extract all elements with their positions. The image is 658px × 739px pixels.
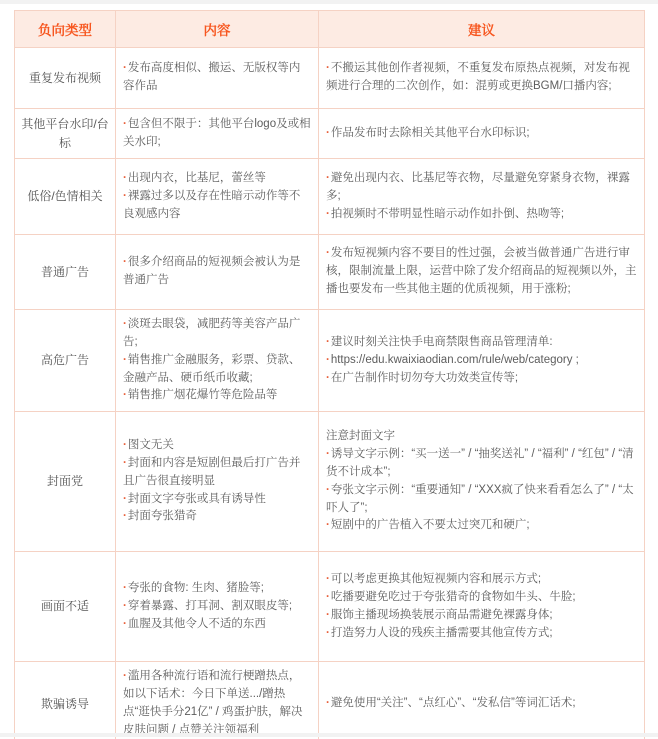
- content-cell: ·夸张的食物: 生肉、猪脸等;·穿着暴露、打耳洞、割双眼皮等;·血腥及其他令人不…: [116, 552, 319, 662]
- suggestion-cell: ·发布短视频内容不要目的性过强，会被当做普通广告进行审核，限制流量上限，运营中除…: [319, 235, 645, 310]
- bullet-dot-icon: ·: [123, 172, 127, 184]
- item-text: 拍视频时不带明显性暗示动作如扑倒、热吻等;: [331, 208, 564, 220]
- header-content: 内容: [116, 11, 319, 48]
- item-text: 诱导文字示例：“买一送一” / “抽奖送礼” / “福利” / “红包” / “…: [326, 448, 634, 478]
- bullet-dot-icon: ·: [123, 256, 127, 268]
- cell-line: ·销售推广金融服务，彩票、贷款、金融产品、硬币纸币收藏;: [123, 352, 311, 388]
- bullet-dot-icon: ·: [123, 389, 127, 401]
- negative-type-cell: 封面党: [15, 412, 116, 552]
- item-text: 可以考虑更换其他短视频内容和展示方式;: [331, 573, 541, 585]
- bullet-dot-icon: ·: [326, 247, 330, 259]
- header-row: 负向类型 内容 建议: [15, 11, 645, 48]
- table-body: 重复发布视频·发布高度相似、搬运、无版权等内容作品·不搬运其他创作者视频，不重复…: [15, 48, 645, 739]
- item-text: 建议时刻关注快手电商禁限售商品管理清单:: [331, 336, 553, 348]
- bullet-dot-icon: ·: [326, 336, 330, 348]
- negative-type-cell: 高危广告: [15, 310, 116, 412]
- table-row: 普通广告·很多介绍商品的短视频会被认为是普通广告·发布短视频内容不要目的性过强，…: [15, 235, 645, 310]
- table-row: 其他平台水印/台标·包含但不限于：其他平台logo及或相关水印;·作品发布时去除…: [15, 109, 645, 159]
- cell-line: ·图文无关: [123, 437, 311, 455]
- item-text: 销售推广金融服务，彩票、贷款、金融产品、硬币纸币收藏;: [123, 354, 300, 384]
- cell-line: ·夸张的食物: 生肉、猪脸等;: [123, 580, 311, 598]
- negative-type-cell: 普通广告: [15, 235, 116, 310]
- table-row: 重复发布视频·发布高度相似、搬运、无版权等内容作品·不搬运其他创作者视频，不重复…: [15, 48, 645, 109]
- cell-line: ·建议时刻关注快手电商禁限售商品管理清单:: [326, 334, 637, 352]
- item-text: 短剧中的广告植入不要太过突兀和硬广;: [331, 519, 530, 531]
- cell-line: ·裸露过多以及存在性暗示动作等不良观感内容: [123, 188, 311, 224]
- suggestion-cell: ·可以考虑更换其他短视频内容和展示方式;·吃播要避免吃过于夸张猎奇的食物如牛头、…: [319, 552, 645, 662]
- suggestion-cell: ·不搬运其他创作者视频，不重复发布原热点视频，对发布视频进行合理的二次创作，如：…: [319, 48, 645, 109]
- bullet-dot-icon: ·: [326, 573, 330, 585]
- suggestion-cell: ·建议时刻关注快手电商禁限售商品管理清单:·https://edu.kwaixi…: [319, 310, 645, 412]
- item-text: 封面和内容是短剧但最后打广告并且广告很直接明显: [123, 457, 300, 487]
- content-cell: ·淡斑去眼袋，减肥药等美容产品广告;·销售推广金融服务，彩票、贷款、金融产品、硬…: [116, 310, 319, 412]
- item-text: 包含但不限于：其他平台logo及或相关水印;: [123, 118, 311, 148]
- moderation-guideline-table: 负向类型 内容 建议 重复发布视频·发布高度相似、搬运、无版权等内容作品·不搬运…: [14, 10, 645, 739]
- bullet-dot-icon: ·: [326, 697, 330, 709]
- item-text: 滥用各种流行语和流行梗蹭热点，如以下话术：今日下单送.../蹭热点“逛快手分21…: [123, 670, 303, 735]
- content-cell: ·图文无关·封面和内容是短剧但最后打广告并且广告很直接明显·封面文字夸张或具有诱…: [116, 412, 319, 552]
- item-text: 避免出现内衣、比基尼等衣物，尽量避免穿紧身衣物，裸露多;: [326, 172, 630, 202]
- item-text: 很多介绍商品的短视频会被认为是普通广告: [123, 256, 300, 286]
- cell-line: ·很多介绍商品的短视频会被认为是普通广告: [123, 254, 311, 290]
- cell-line: ·避免出现内衣、比基尼等衣物，尽量避免穿紧身衣物，裸露多;: [326, 170, 637, 206]
- item-text: 血腥及其他令人不适的东西: [128, 618, 266, 630]
- cell-line: ·诱导文字示例：“买一送一” / “抽奖送礼” / “福利” / “红包” / …: [326, 446, 637, 482]
- cell-line: ·短剧中的广告植入不要太过突兀和硬广;: [326, 517, 637, 535]
- bullet-dot-icon: ·: [326, 448, 330, 460]
- table-header: 负向类型 内容 建议: [15, 11, 645, 48]
- cell-line: ·夸张文字示例：“重要通知” / “XXX疯了快来看看怎么了” / “太吓人了”…: [326, 482, 637, 518]
- content-cell: ·出现内衣，比基尼，蕾丝等·裸露过多以及存在性暗示动作等不良观感内容: [116, 159, 319, 235]
- bullet-dot-icon: ·: [123, 600, 127, 612]
- cell-line: ·作品发布时去除相关其他平台水印标识;: [326, 125, 637, 143]
- cell-line: ·https://edu.kwaixiaodian.com/rule/web/c…: [326, 352, 637, 370]
- table-row: 欺骗诱导·滥用各种流行语和流行梗蹭热点，如以下话术：今日下单送.../蹭热点“逛…: [15, 662, 645, 739]
- item-text: 发布高度相似、搬运、无版权等内容作品: [123, 62, 300, 92]
- cell-line: ·发布短视频内容不要目的性过强，会被当做普通广告进行审核，限制流量上限，运营中除…: [326, 245, 637, 298]
- item-text: 发布短视频内容不要目的性过强，会被当做普通广告进行审核，限制流量上限，运营中除了…: [326, 247, 637, 295]
- cell-line: 注意封面文字: [326, 428, 637, 446]
- cell-line: ·封面和内容是短剧但最后打广告并且广告很直接明显: [123, 455, 311, 491]
- negative-type-cell: 画面不适: [15, 552, 116, 662]
- cell-line: ·在广告制作时切勿夸大功效类宣传等;: [326, 370, 637, 388]
- cell-line: ·淡斑去眼袋，减肥药等美容产品广告;: [123, 316, 311, 352]
- item-text: 作品发布时去除相关其他平台水印标识;: [331, 127, 530, 139]
- table-row: 封面党·图文无关·封面和内容是短剧但最后打广告并且广告很直接明显·封面文字夸张或…: [15, 412, 645, 552]
- cell-line: ·穿着暴露、打耳洞、割双眼皮等;: [123, 598, 311, 616]
- content-cell: ·滥用各种流行语和流行梗蹭热点，如以下话术：今日下单送.../蹭热点“逛快手分2…: [116, 662, 319, 739]
- item-text: 销售推广烟花爆竹等危险品等: [128, 389, 278, 401]
- item-text: 在广告制作时切勿夸大功效类宣传等;: [331, 372, 518, 384]
- item-text: 打造努力人设的残疾主播需要其他宣传方式;: [331, 627, 553, 639]
- negative-type-cell: 其他平台水印/台标: [15, 109, 116, 159]
- bullet-dot-icon: ·: [326, 354, 330, 366]
- cell-line: ·包含但不限于：其他平台logo及或相关水印;: [123, 116, 311, 152]
- cell-line: ·出现内衣，比基尼，蕾丝等: [123, 170, 311, 188]
- header-negative-type: 负向类型: [15, 11, 116, 48]
- bullet-dot-icon: ·: [326, 627, 330, 639]
- suggestion-cell: ·避免出现内衣、比基尼等衣物，尽量避免穿紧身衣物，裸露多;·拍视频时不带明显性暗…: [319, 159, 645, 235]
- bullet-dot-icon: ·: [326, 127, 330, 139]
- item-text: 封面夸张猎奇: [128, 510, 197, 522]
- bullet-dot-icon: ·: [326, 519, 330, 531]
- page: 负向类型 内容 建议 重复发布视频·发布高度相似、搬运、无版权等内容作品·不搬运…: [0, 0, 658, 739]
- item-text: 穿着暴露、打耳洞、割双眼皮等;: [128, 600, 292, 612]
- item-text: 夸张文字示例：“重要通知” / “XXX疯了快来看看怎么了” / “太吓人了”;: [326, 484, 634, 514]
- bullet-dot-icon: ·: [326, 62, 330, 74]
- negative-type-cell: 欺骗诱导: [15, 662, 116, 739]
- cell-line: ·封面文字夸张或具有诱导性: [123, 491, 311, 509]
- suggestion-cell: 注意封面文字·诱导文字示例：“买一送一” / “抽奖送礼” / “福利” / “…: [319, 412, 645, 552]
- bullet-dot-icon: ·: [123, 439, 127, 451]
- item-text: 避免使用“关注”、“点红心”、“发私信”等词汇话术;: [331, 697, 576, 709]
- bullet-dot-icon: ·: [326, 484, 330, 496]
- item-text: 吃播要避免吃过于夸张猎奇的食物如牛头、牛脸;: [331, 591, 576, 603]
- bullet-dot-icon: ·: [123, 510, 127, 522]
- suggestion-cell: ·避免使用“关注”、“点红心”、“发私信”等词汇话术;: [319, 662, 645, 739]
- cell-line: ·血腥及其他令人不适的东西: [123, 616, 311, 634]
- content-cell: ·发布高度相似、搬运、无版权等内容作品: [116, 48, 319, 109]
- bottom-edge-band: [0, 733, 658, 737]
- cell-line: ·发布高度相似、搬运、无版权等内容作品: [123, 60, 311, 96]
- item-text: 不搬运其他创作者视频，不重复发布原热点视频，对发布视频进行合理的二次创作，如：混…: [326, 62, 630, 92]
- bullet-dot-icon: ·: [123, 318, 127, 330]
- bullet-dot-icon: ·: [123, 493, 127, 505]
- bullet-dot-icon: ·: [326, 609, 330, 621]
- negative-type-cell: 重复发布视频: [15, 48, 116, 109]
- negative-type-cell: 低俗/色情相关: [15, 159, 116, 235]
- cell-line: ·避免使用“关注”、“点红心”、“发私信”等词汇话术;: [326, 695, 637, 713]
- item-text: 裸露过多以及存在性暗示动作等不良观感内容: [123, 190, 300, 220]
- item-text: 淡斑去眼袋，减肥药等美容产品广告;: [123, 318, 300, 348]
- cell-line: ·滥用各种流行语和流行梗蹭热点，如以下话术：今日下单送.../蹭热点“逛快手分2…: [123, 668, 311, 739]
- bullet-dot-icon: ·: [123, 457, 127, 469]
- item-text: 注意封面文字: [326, 430, 395, 442]
- cell-line: ·打造努力人设的残疾主播需要其他宣传方式;: [326, 625, 637, 643]
- bullet-dot-icon: ·: [326, 208, 330, 220]
- item-text: 服饰主播现场换装展示商品需避免裸露身体;: [331, 609, 553, 621]
- cell-line: ·吃播要避免吃过于夸张猎奇的食物如牛头、牛脸;: [326, 589, 637, 607]
- bullet-dot-icon: ·: [123, 582, 127, 594]
- cell-line: ·不搬运其他创作者视频，不重复发布原热点视频，对发布视频进行合理的二次创作，如：…: [326, 60, 637, 96]
- item-text: 图文无关: [128, 439, 174, 451]
- top-edge-band: [0, 0, 658, 4]
- bullet-dot-icon: ·: [123, 62, 127, 74]
- bullet-dot-icon: ·: [123, 354, 127, 366]
- bullet-dot-icon: ·: [326, 372, 330, 384]
- bullet-dot-icon: ·: [123, 670, 127, 682]
- table-row: 画面不适·夸张的食物: 生肉、猪脸等;·穿着暴露、打耳洞、割双眼皮等;·血腥及其…: [15, 552, 645, 662]
- bullet-dot-icon: ·: [123, 118, 127, 130]
- bullet-dot-icon: ·: [123, 618, 127, 630]
- item-text: 封面文字夸张或具有诱导性: [128, 493, 266, 505]
- table-row: 低俗/色情相关·出现内衣，比基尼，蕾丝等·裸露过多以及存在性暗示动作等不良观感内…: [15, 159, 645, 235]
- cell-line: ·服饰主播现场换装展示商品需避免裸露身体;: [326, 607, 637, 625]
- header-suggestion: 建议: [319, 11, 645, 48]
- bullet-dot-icon: ·: [123, 190, 127, 202]
- cell-line: ·拍视频时不带明显性暗示动作如扑倒、热吻等;: [326, 206, 637, 224]
- table-row: 高危广告·淡斑去眼袋，减肥药等美容产品广告;·销售推广金融服务，彩票、贷款、金融…: [15, 310, 645, 412]
- item-text: 夸张的食物: 生肉、猪脸等;: [128, 582, 264, 594]
- content-cell: ·包含但不限于：其他平台logo及或相关水印;: [116, 109, 319, 159]
- cell-line: ·可以考虑更换其他短视频内容和展示方式;: [326, 571, 637, 589]
- bullet-dot-icon: ·: [326, 591, 330, 603]
- url-text: https://edu.kwaixiaodian.com/rule/web/ca…: [331, 354, 579, 366]
- cell-line: ·封面夸张猎奇: [123, 508, 311, 526]
- suggestion-cell: ·作品发布时去除相关其他平台水印标识;: [319, 109, 645, 159]
- bullet-dot-icon: ·: [326, 172, 330, 184]
- cell-line: ·销售推广烟花爆竹等危险品等: [123, 387, 311, 405]
- content-cell: ·很多介绍商品的短视频会被认为是普通广告: [116, 235, 319, 310]
- item-text: 出现内衣，比基尼，蕾丝等: [128, 172, 266, 184]
